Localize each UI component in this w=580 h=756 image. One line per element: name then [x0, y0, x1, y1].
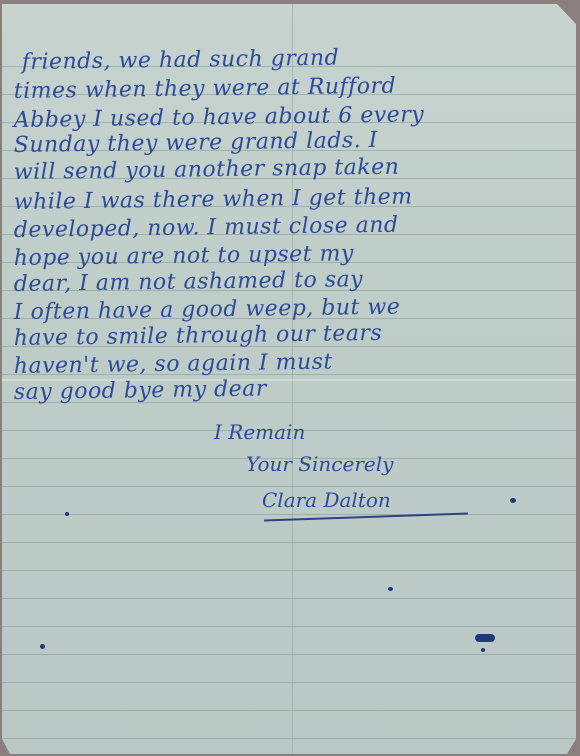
- ruled-line: [2, 654, 576, 655]
- closing-sincerely: Your Sincerely: [246, 452, 393, 476]
- letter-line-4: Sunday they were grand lads. I: [14, 128, 378, 158]
- letter-line-1: friends, we had such grand: [22, 46, 340, 75]
- signature: Clara Dalton: [262, 488, 391, 512]
- ink-blot: [65, 512, 69, 516]
- ink-blot: [510, 498, 516, 503]
- ruled-line: [2, 738, 576, 739]
- ruled-line: [2, 542, 576, 543]
- ruled-line: [2, 598, 576, 599]
- ink-blot: [40, 644, 45, 649]
- ruled-line: [2, 486, 576, 487]
- letter-line-8: hope you are not to upset my: [14, 241, 354, 271]
- closing-remain: I Remain: [214, 420, 305, 444]
- letter-line-11: have to smile through our tears: [14, 321, 383, 351]
- letter-line-13: say good bye my dear: [14, 376, 267, 405]
- ink-blot: [481, 648, 485, 652]
- ink-blot: [475, 634, 495, 642]
- letter-line-9: dear, I am not ashamed to say: [14, 267, 364, 297]
- ruled-line: [2, 570, 576, 571]
- ruled-line: [2, 710, 576, 711]
- letter-line-12: haven't we, so again I must: [14, 350, 333, 379]
- ruled-line: [2, 626, 576, 627]
- ruled-line: [2, 682, 576, 683]
- letter-line-2: times when they were at Rufford: [14, 74, 397, 104]
- ink-blot: [388, 587, 393, 591]
- ruled-line: [2, 514, 576, 515]
